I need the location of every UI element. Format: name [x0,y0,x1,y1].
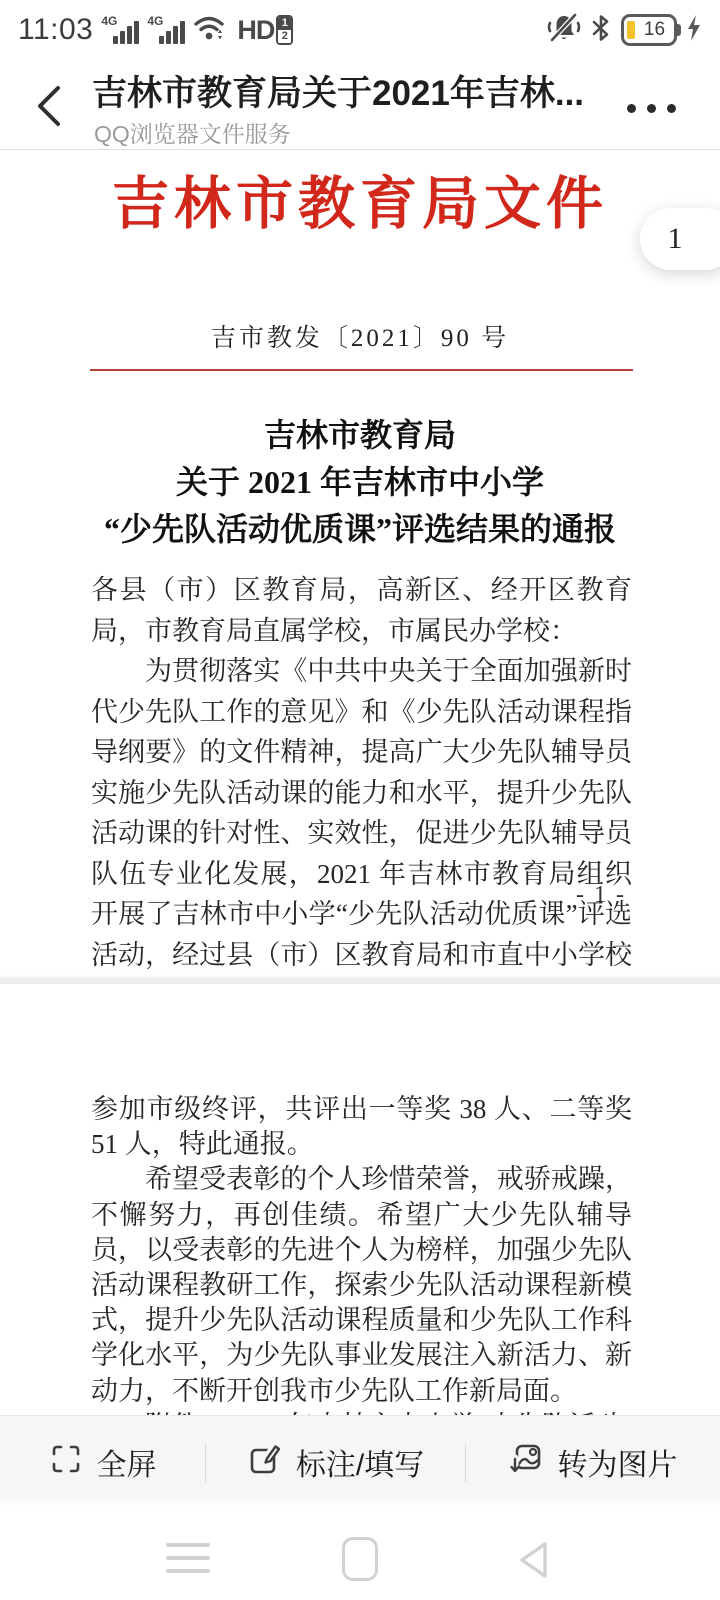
app-header: 吉林市教育局关于2021年吉林... QQ浏览器文件服务 [0,60,720,150]
service-subtitle: QQ浏览器文件服务 [94,116,291,149]
battery-icon: 16 [621,14,677,46]
signal-icon-sim2: 4G [147,13,185,47]
red-letterhead: 吉林市教育局文件 [0,158,720,240]
bluetooth-icon [590,13,612,48]
sim-slot-badge: 1 2 [276,15,293,45]
salutation-paragraph: 各县（市）区教育局，高新区、经开区教育局，市教育局直属学校，市属民办学校： [91,570,632,651]
fullscreen-button[interactable]: 全屏 [0,1416,205,1507]
signal-icon-sim1: 4G [101,13,139,47]
notice-title: 吉林市教育局 关于 2021 年吉林市中小学 “少先队活动优质课”评选结果的通报 [0,412,720,553]
navbar-fade [0,1495,720,1507]
document-page-1: 吉林市教育局文件 1 吉市教发〔2021〕90 号 吉林市教育局 关于 2021… [0,150,720,978]
body-paragraph-1: 为贯彻落实《中共中央关于全面加强新时代少先队工作的意见》和《少先队活动课程指导纲… [91,651,632,1016]
page-indicator[interactable]: 1 [640,208,720,270]
toolbar-divider-2 [465,1444,466,1482]
status-bar: 11:03 4G 4G HD 1 [0,0,720,60]
more-menu-icon[interactable] [627,104,676,113]
document-page-2: 参加市级终评，共评出一等奖 38 人、二等奖 51 人，特此通报。 希望受表彰的… [0,984,720,1415]
annotate-icon [246,1441,282,1482]
notice-title-line1: 吉林市教育局 [0,412,720,459]
convert-image-icon [508,1441,544,1482]
document-title: 吉林市教育局关于2021年吉林... [92,66,592,116]
document-toolbar: 全屏 标注/填写 转为图片 [0,1415,720,1507]
page1-footer-number: - 1 - [91,882,632,909]
annotate-button[interactable]: 标注/填写 [205,1416,465,1507]
nav-back-icon[interactable] [512,1537,554,1588]
vibrate-mute-icon [547,12,581,49]
notice-title-line2: 关于 2021 年吉林市中小学 [0,459,720,506]
hd-voice-icon: HD 1 2 [237,15,293,46]
notice-title-line3: “少先队活动优质课”评选结果的通报 [0,506,720,553]
convert-to-image-button[interactable]: 转为图片 [465,1416,720,1507]
home-icon[interactable] [342,1537,378,1581]
battery-level-bar [627,21,635,39]
phone-screen: 11:03 4G 4G HD 1 [0,0,720,1600]
document-number: 吉市教发〔2021〕90 号 [0,318,720,354]
body-paragraph-3: 希望受表彰的个人珍惜荣誉，戒骄戒躁，不懈努力，再创佳绩。希望广大少先队辅导员，以… [91,1162,632,1408]
body-paragraph-2: 参加市级终评，共评出一等奖 38 人、二等奖 51 人，特此通报。 [91,1092,632,1162]
charging-icon [686,14,702,47]
red-divider-line [90,369,633,371]
back-button[interactable] [30,82,74,130]
clock: 11:03 [18,13,93,47]
fullscreen-icon [49,1442,83,1481]
page1-body: 各县（市）区教育局，高新区、经开区教育局，市教育局直属学校，市属民办学校： 为贯… [91,570,632,1016]
toolbar-divider-1 [205,1444,206,1482]
wifi-icon [193,13,229,48]
recents-menu-icon[interactable] [166,1543,210,1573]
system-navbar [0,1507,720,1600]
